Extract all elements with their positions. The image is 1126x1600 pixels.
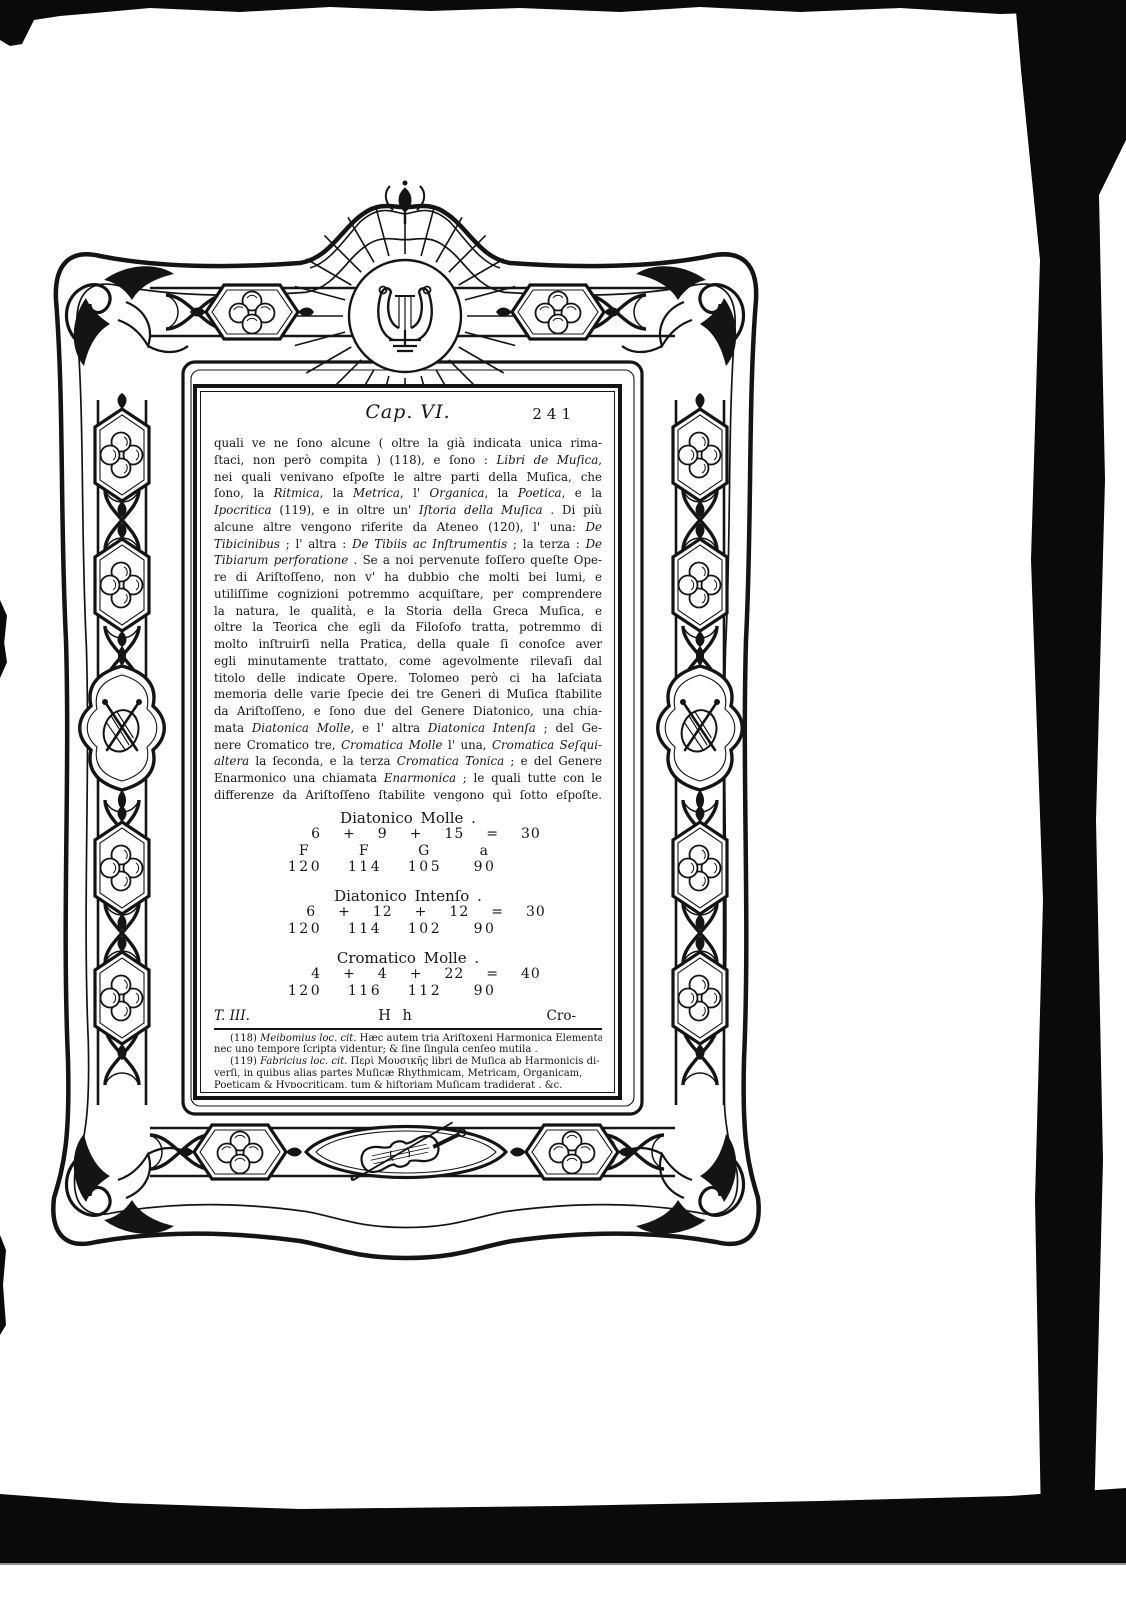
corner-flourish-top-left bbox=[66, 266, 188, 366]
interval-table: Diatonico Intenſo .6+12+12=3012011410290 bbox=[214, 888, 602, 937]
footnote-rule bbox=[214, 1028, 602, 1030]
rosette-icon bbox=[673, 936, 727, 1060]
body-text-line: molto inſtruirſi nella Pratica, della qu… bbox=[214, 636, 602, 653]
footnote-line: (119) Fabricius loc. cit. Περὶ Μουσικῆς … bbox=[214, 1056, 602, 1068]
body-text-line: Tibiarum perforatione . Se a noi pervenu… bbox=[214, 552, 602, 569]
footnote-line: nec uno tempore ſcripta videntur; & ſine… bbox=[214, 1044, 602, 1056]
body-text-line: da Ariſtoſſeno, e ſono due del Genere Di… bbox=[214, 703, 602, 720]
corner-flourish-bottom-left bbox=[66, 1134, 188, 1234]
rosette-icon bbox=[673, 393, 727, 517]
table-values-row: 12011410590 bbox=[214, 859, 589, 875]
page-header: Cap. VI. 241 bbox=[214, 399, 602, 435]
body-text: quali ve ne ſono alcune ( oltre la già i… bbox=[214, 435, 602, 804]
table-letters-row: FFGa bbox=[214, 843, 589, 859]
body-text-line: ſono, la Ritmica, la Metrica, l' Organic… bbox=[214, 485, 602, 502]
footnotes: (118) Meibomius loc. cit. Hæc autem tria… bbox=[214, 1033, 602, 1089]
scan-artifact-bottom-line bbox=[0, 1563, 1126, 1565]
table-formula-row: 4+4+22=40 bbox=[232, 966, 602, 983]
table-title: Diatonico Intenſo . bbox=[214, 888, 602, 904]
body-text-line: egli minutamente trattato, come agevolme… bbox=[214, 653, 602, 670]
corner-flourish-bottom-right bbox=[622, 1134, 744, 1234]
interval-table: Diatonico Molle .6+9+15=30FFGa1201141059… bbox=[214, 810, 602, 875]
table-values-row: 12011410290 bbox=[214, 921, 589, 937]
rosette-icon bbox=[95, 806, 149, 930]
corner-flourish-top-right bbox=[622, 266, 744, 366]
lyre-icon bbox=[349, 260, 461, 372]
body-text-line: Enarmonico una chiamata Enarmonica ; le … bbox=[214, 770, 602, 787]
body-text-line: la natura, le qualità, e la Storia della… bbox=[214, 603, 602, 620]
page-content: Cap. VI. 241 quali ve ne ſono alcune ( o… bbox=[214, 399, 602, 1088]
body-text-line: nei quali venivano eſpoſte le altre part… bbox=[214, 469, 602, 486]
body-text-line: re di Ariſtoſſeno, non v' ha dubbio che … bbox=[214, 569, 602, 586]
body-text-line: ſtaci, non però compita ) (118), e ſono … bbox=[214, 452, 602, 469]
page-number: 241 bbox=[532, 405, 576, 423]
sheet-signature: H h bbox=[335, 1008, 456, 1024]
body-text-line: utiliſſime cognizioni potremmo acquiſtar… bbox=[214, 586, 602, 603]
finial-icon bbox=[386, 181, 424, 225]
interval-table: Cromatico Molle .4+4+22=4012011611290 bbox=[214, 950, 602, 999]
catchword: Cro- bbox=[455, 1008, 602, 1024]
rosette-icon bbox=[510, 1125, 634, 1179]
signature-line: T. III. H h Cro- bbox=[214, 1008, 602, 1024]
table-values-row: 12011611290 bbox=[214, 983, 589, 999]
rosette-icon bbox=[673, 523, 727, 647]
table-formula-row: 6+12+12=30 bbox=[232, 904, 602, 921]
body-text-line: titolo delle indicate Opere. Tolomeo per… bbox=[214, 670, 602, 687]
footnote-line: verſi, in quibus alias partes Muſicæ Rhy… bbox=[214, 1068, 602, 1080]
text-frame-inner-rule: Cap. VI. 241 quali ve ne ſono alcune ( o… bbox=[200, 391, 615, 1093]
drum-icon bbox=[80, 646, 165, 810]
body-text-line: quali ve ne ſono alcune ( oltre la già i… bbox=[214, 435, 602, 452]
rosette-icon bbox=[95, 523, 149, 647]
body-text-line: differenze da Ariſtoſſeno ſtabilite veng… bbox=[214, 787, 602, 804]
table-title: Cromatico Molle . bbox=[214, 950, 602, 966]
body-text-line: Ipocritica (119), e in oltre un' Iſtoria… bbox=[214, 502, 602, 519]
body-text-line: nere Cromatico tre, Cromatica Molle l' u… bbox=[214, 737, 602, 754]
scanned-book-page: Cap. VI. 241 quali ve ne ſono alcune ( o… bbox=[0, 0, 1126, 1600]
rosette-icon bbox=[95, 936, 149, 1060]
rosette-icon bbox=[673, 806, 727, 930]
table-formula-row: 6+9+15=30 bbox=[232, 826, 602, 843]
text-frame: Cap. VI. 241 quali ve ne ſono alcune ( o… bbox=[193, 384, 622, 1100]
body-text-line: oltre la Teorica che egli da Filoſofo tr… bbox=[214, 619, 602, 636]
rosette-icon bbox=[95, 393, 149, 517]
body-text-line: mata Diatonica Molle, e l' altra Diatoni… bbox=[214, 720, 602, 737]
body-text-line: altera la ſeconda, e la terza Cromatica … bbox=[214, 753, 602, 770]
body-text-line: Tibicinibus ; l' altra : De Tibiis ac In… bbox=[214, 536, 602, 553]
table-title: Diatonico Molle . bbox=[214, 810, 602, 826]
rosette-icon bbox=[178, 1125, 302, 1179]
volume-label: T. III. bbox=[214, 1008, 335, 1024]
body-text-line: alcune altre vengono riferite da Ateneo … bbox=[214, 519, 602, 536]
drum-icon bbox=[658, 646, 743, 810]
interval-tables: Diatonico Molle .6+9+15=30FFGa1201141059… bbox=[214, 810, 602, 999]
footnote-line: (118) Meibomius loc. cit. Hæc autem tria… bbox=[214, 1033, 602, 1045]
body-text-line: memoria delle varie ſpecie dei tre Gener… bbox=[214, 686, 602, 703]
footnote-line: Poeticam & Hypocriticam, tum & hiſtoriam… bbox=[214, 1080, 602, 1088]
